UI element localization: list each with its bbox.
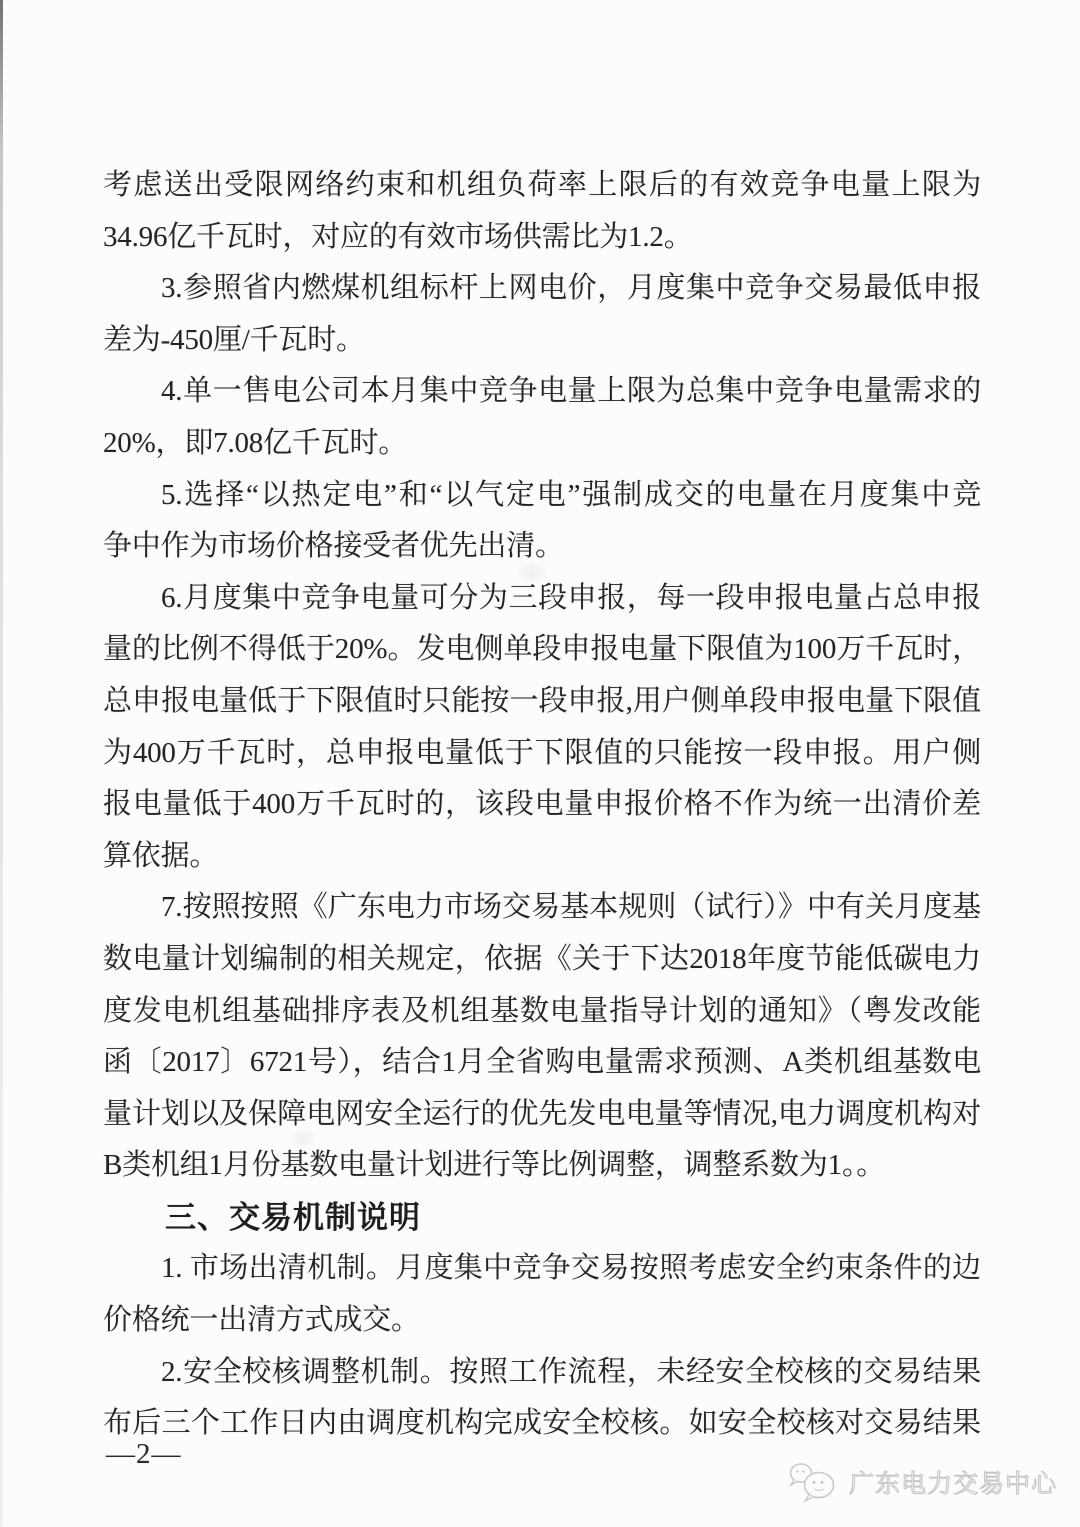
document-body: 考虑送出受限网络约束和机组负荷率上限后的有效竞争电量上限为34.96亿千瓦时，对… (103, 160, 981, 1450)
text-line: 量的比例不得低于20%。发电侧单段申报电量下限值为100万千瓦时， (103, 624, 981, 676)
text-line: 1. 市场出清机制。月度集中竞争交易按照考虑安全约束条件的边际 (103, 1243, 981, 1295)
text-line: 考虑送出受限网络约束和机组负荷率上限后的有效竞争电量上限为 (103, 160, 981, 212)
text-line: 4.单一售电公司本月集中竞争电量上限为总集中竞争电量需求的 (103, 366, 981, 418)
page-number: —2— (106, 1438, 182, 1471)
text-line: 算依据。 (103, 831, 981, 883)
text-line: 量计划以及保障电网安全运行的优先发电电量等情况,电力调度机构对 (103, 1089, 981, 1141)
document-page: 考虑送出受限网络约束和机组负荷率上限后的有效竞争电量上限为34.96亿千瓦时，对… (0, 0, 1080, 1527)
text-line: B类机组1月份基数电量计划进行等比例调整，调整系数为1。。 (103, 1140, 981, 1192)
text-line: 2.安全校核调整机制。按照工作流程，未经安全校核的交易结果发 (103, 1347, 981, 1399)
text-line: 为400万千瓦时，总申报电量低于下限值的只能按一段申报。用户侧申 (103, 728, 981, 780)
text-line: 20%，即7.08亿千瓦时。 (103, 418, 981, 470)
text-line: 3.参照省内燃煤机组标杆上网电价，月度集中竞争交易最低申报价 (103, 263, 981, 315)
text-line: 总申报电量低于下限值时只能按一段申报,用户侧单段申报电量下限值 (103, 676, 981, 728)
text-line: 6.月度集中竞争电量可分为三段申报，每一段申报电量占总申报电 (103, 573, 981, 625)
watermark: 广东电力交易中心 (788, 1461, 1057, 1503)
section-heading: 三、交易机制说明 (103, 1192, 981, 1244)
text-line: 7.按照按照《广东电力市场交易基本规则（试行）》中有关月度基 (103, 882, 981, 934)
text-line: 函〔2017〕6721号），结合1月全省购电量需求预测、A类机组基数电 (103, 1037, 981, 1089)
text-line: 价格统一出清方式成交。 (103, 1295, 981, 1347)
text-line: 布后三个工作日内由调度机构完成安全校核。如安全校核对交易结果有 (103, 1398, 981, 1450)
wechat-logo-icon (788, 1461, 842, 1503)
watermark-text: 广东电力交易中心 (849, 1464, 1057, 1500)
text-line: 争中作为市场价格接受者优先出清。 (103, 521, 981, 573)
text-line: 度发电机组基础排序表及机组基数电量指导计划的通知》（粤发改能电 (103, 986, 981, 1038)
text-line: 数电量计划编制的相关规定，依据《关于下达2018年度节能低碳电力调 (103, 934, 981, 986)
scan-edge-artifact (0, 0, 3, 1527)
text-line: 34.96亿千瓦时，对应的有效市场供需比为1.2。 (103, 212, 981, 264)
text-line: 报电量低于400万千瓦时的，该段电量申报价格不作为统一出清价差计 (103, 779, 981, 831)
text-line: 5.选择“以热定电”和“以气定电”强制成交的电量在月度集中竞 (103, 470, 981, 522)
text-line: 差为-450厘/千瓦时。 (103, 315, 981, 367)
